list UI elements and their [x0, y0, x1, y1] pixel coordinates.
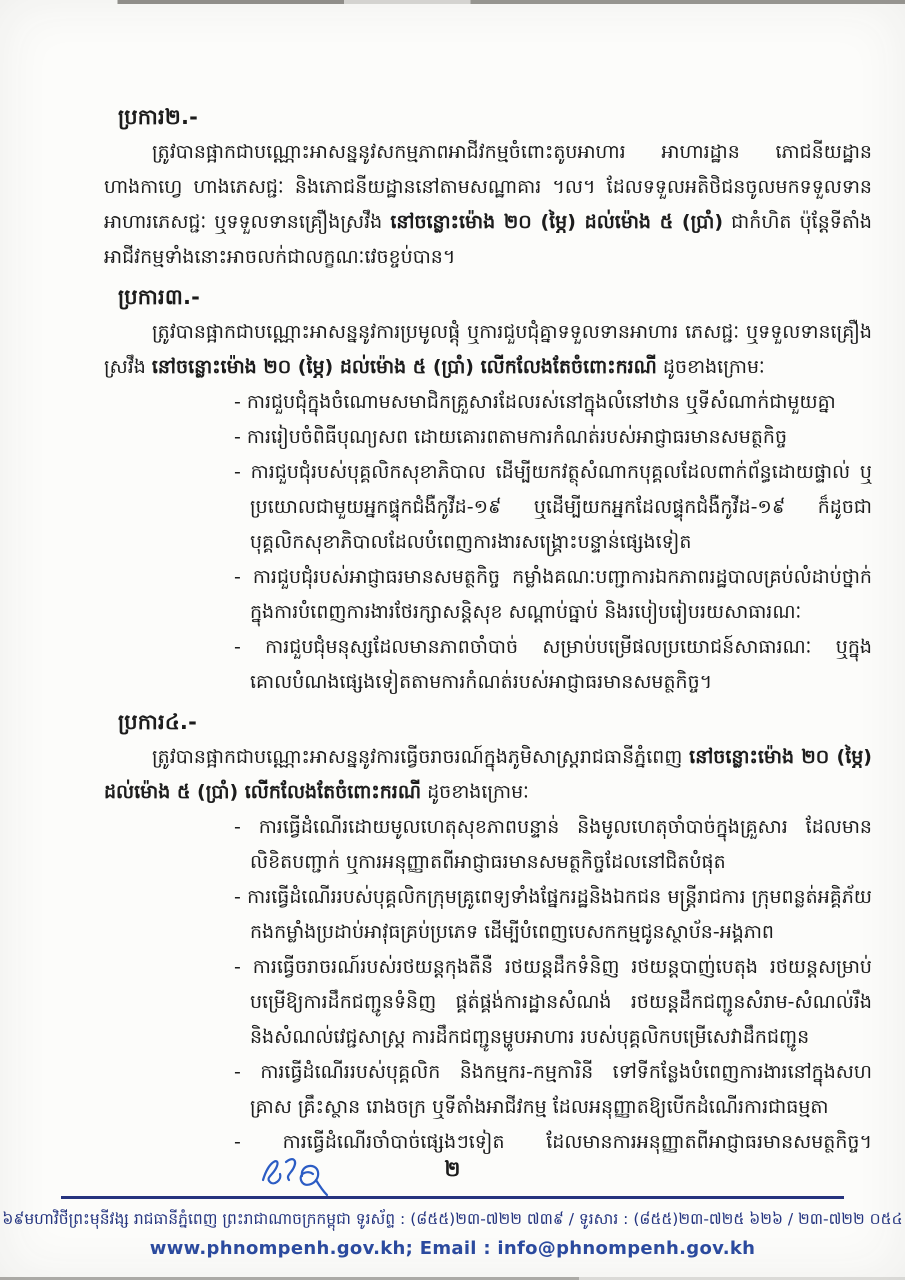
article-3-paragraph: ត្រូវបានផ្អាកជាបណ្ណោះអាសន្ននូវការប្រមូលផ… — [104, 315, 872, 385]
list-item-text: ការធ្វើដំណើរចាំបាច់ផ្សេងៗទៀត ដែលមានការអន… — [283, 1131, 872, 1153]
list-item: ការជួបជុំរបស់បុគ្គលិកសុខាភិបាល ដើម្បីយកវ… — [250, 455, 872, 560]
article-4-exceptions-list: ការធ្វើដំណើរដោយមូលហេតុសុខភាពបន្ទាន់ និងម… — [104, 810, 872, 1195]
section-article-4: ប្រការ៤.- ត្រូវបានផ្អាកជាបណ្ណោះអាសន្ននូវ… — [104, 704, 872, 1195]
paragraph-text: ដូចខាងក្រោមៈ — [657, 356, 765, 378]
list-item-text: ការជួបជុំមនុស្សដែលមានភាពចាំបាច់ សម្រាប់ប… — [250, 636, 872, 693]
article-4-heading: ប្រការ៤.- — [118, 704, 872, 740]
article-3-exceptions-list: ការជួបជុំក្នុងចំណោមសមាជិកគ្រួសារដែលរស់នៅ… — [104, 385, 872, 700]
page-number: ២ — [0, 1156, 905, 1187]
article-2-heading: ប្រការ២.- — [118, 99, 872, 135]
footer-address-line: ៦៩មហាវិថីព្រះមុនីវង្ស រាជធានីភ្នំពេញ ព្រ… — [0, 1205, 905, 1234]
footer-website-line: www.phnompenh.gov.kh; Email : info@phnom… — [0, 1234, 905, 1264]
paragraph-text: ត្រូវបានផ្អាកជាបណ្ណោះអាសន្ននូវការធ្វើចរា… — [152, 746, 689, 768]
section-article-3: ប្រការ៣.- ត្រូវបានផ្អាកជាបណ្ណោះអាសន្ននូវ… — [104, 279, 872, 700]
paragraph-bold-text: នៅចន្លោះម៉ោង ២០ (ម្ភៃ) ដល់ម៉ោង ៥ (ប្រាំ)… — [152, 356, 657, 378]
list-item-text: ការជួបជុំរបស់អាជ្ញាធរមានសមត្ថកិច្ច កម្លា… — [250, 566, 872, 623]
list-item-text: ការធ្វើចរាចរណ៍របស់រថយន្តកុងតឺនឺ រថយន្តដឹ… — [250, 956, 872, 1048]
list-item: ការធ្វើដំណើរដោយមូលហេតុសុខភាពបន្ទាន់ និងម… — [250, 810, 872, 880]
page-footer: ៦៩មហាវិថីព្រះមុនីវង្ស រាជធានីភ្នំពេញ ព្រ… — [0, 1196, 905, 1264]
list-item-text: ការធ្វើដំណើរដោយមូលហេតុសុខភាពបន្ទាន់ និងម… — [250, 816, 872, 873]
list-item: ការធ្វើដំណើររបស់បុគ្គលិក និងកម្មករ-កម្មក… — [250, 1055, 872, 1125]
list-item: ការជួបជុំមនុស្សដែលមានភាពចាំបាច់ សម្រាប់ប… — [250, 630, 872, 700]
list-item: ការធ្វើដំណើររបស់បុគ្គលិកក្រុមគ្រូពេទ្យទា… — [250, 880, 872, 950]
list-item: ការជួបជុំក្នុងចំណោមសមាជិកគ្រួសារដែលរស់នៅ… — [250, 385, 872, 420]
scanned-document-page: ប្រការ២.- ត្រូវបានផ្អាកជាបណ្ណោះអាសន្ននូវ… — [0, 0, 905, 1280]
paragraph-bold-text: នៅចន្លោះម៉ោង ២០ (ម្ភៃ) ដល់ម៉ោង ៥ (ប្រាំ) — [390, 211, 723, 233]
article-3-heading: ប្រការ៣.- — [118, 279, 872, 315]
article-4-paragraph: ត្រូវបានផ្អាកជាបណ្ណោះអាសន្ននូវការធ្វើចរា… — [104, 740, 872, 810]
list-item: ការរៀបចំពិធីបុណ្យសព ដោយគោរពតាមការកំណត់រប… — [250, 420, 872, 455]
section-article-2: ប្រការ២.- ត្រូវបានផ្អាកជាបណ្ណោះអាសន្ននូវ… — [104, 99, 872, 275]
footer-divider — [61, 1196, 844, 1199]
list-item-text: ការរៀបចំពិធីបុណ្យសព ដោយគោរពតាមការកំណត់រប… — [247, 426, 787, 448]
list-item: ការជួបជុំរបស់អាជ្ញាធរមានសមត្ថកិច្ច កម្លា… — [250, 560, 872, 630]
paragraph-text: ដូចខាងក្រោមៈ — [421, 781, 529, 803]
article-2-paragraph: ត្រូវបានផ្អាកជាបណ្ណោះអាសន្ននូវសកម្មភាពអា… — [104, 135, 872, 275]
document-body: ប្រការ២.- ត្រូវបានផ្អាកជាបណ្ណោះអាសន្ននូវ… — [104, 0, 872, 1195]
list-item-text: ការជួបជុំរបស់បុគ្គលិកសុខាភិបាល ដើម្បីយកវ… — [250, 461, 872, 553]
list-item-text: ការធ្វើដំណើររបស់បុគ្គលិក និងកម្មករ-កម្មក… — [250, 1061, 872, 1118]
list-item-text: ការធ្វើដំណើររបស់បុគ្គលិកក្រុមគ្រូពេទ្យទា… — [247, 886, 872, 943]
list-item-text: ការជួបជុំក្នុងចំណោមសមាជិកគ្រួសារដែលរស់នៅ… — [247, 391, 836, 413]
list-item: ការធ្វើចរាចរណ៍របស់រថយន្តកុងតឺនឺ រថយន្តដឹ… — [250, 950, 872, 1055]
